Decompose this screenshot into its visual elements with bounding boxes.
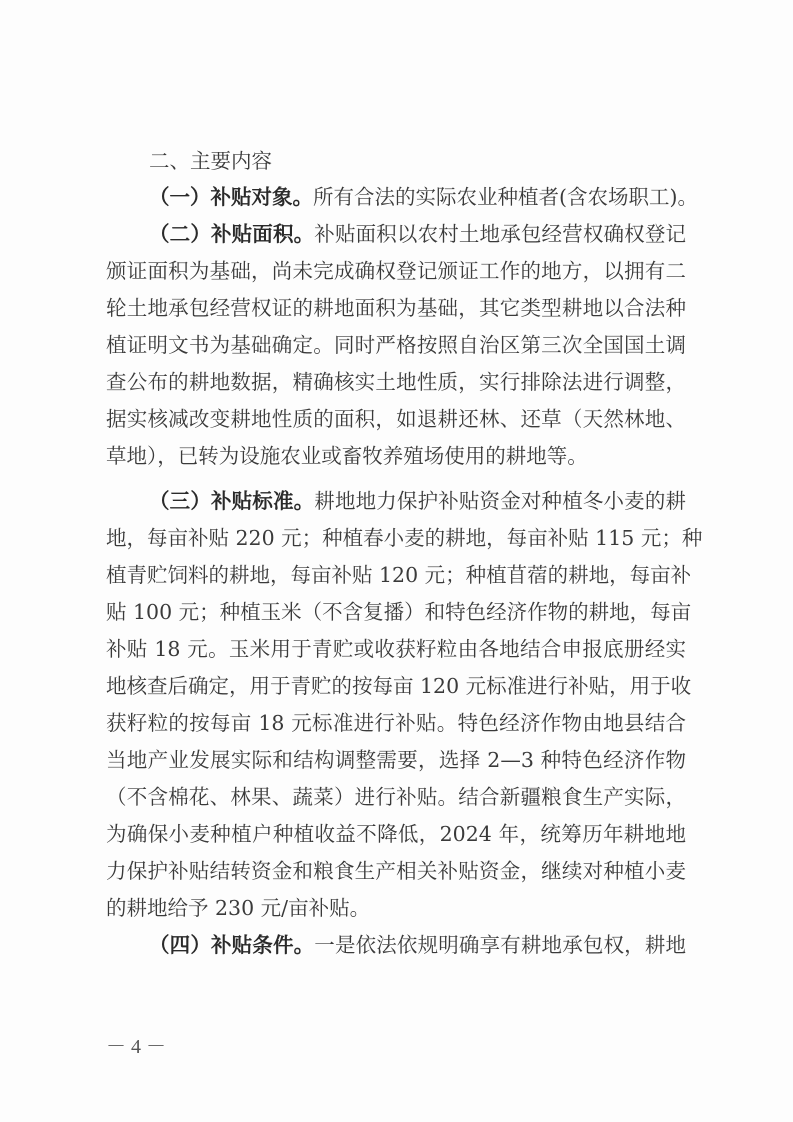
paragraph-3-line-7: 获籽粒的按每亩 18 元标准进行补贴。特色经济作物由地县结合 xyxy=(106,710,686,736)
page-number: － 4 － xyxy=(106,1030,166,1059)
paragraph-3-line-12: 的耕地给予 230 元/亩补贴。 xyxy=(106,895,686,921)
paragraph-1-text: 所有合法的实际农业种植者(含农场职工)。 xyxy=(313,185,698,209)
paragraph-4-line-1: （四）补贴条件。一是依法依规明确享有耕地承包权，耕地 xyxy=(149,932,686,958)
paragraph-3-line-10: 为确保小麦种植户种植收益不降低，2024 年，统筹历年耕地地 xyxy=(106,821,686,847)
section-heading: 二、主要内容 xyxy=(149,148,272,174)
paragraph-2-line-6: 据实核减改变耕地性质的面积，如退耕还林、还草（天然林地、 xyxy=(106,406,686,432)
paragraph-3-line-6: 地核查后确定，用于青贮的按每亩 120 元标准进行补贴，用于收 xyxy=(106,673,686,699)
paragraph-3-line-3: 植青贮饲料的耕地，每亩补贴 120 元；种植苜蓿的耕地，每亩补 xyxy=(106,562,686,588)
paragraph-3-line-4: 贴 100 元；种植玉米（不含复播）和特色经济作物的耕地，每亩 xyxy=(106,599,686,625)
paragraph-3-line-11: 力保护补贴结转资金和粮食生产相关补贴资金，继续对种植小麦 xyxy=(106,858,686,884)
paragraph-2-line-2: 颁证面积为基础，尚未完成确权登记颁证工作的地方，以拥有二 xyxy=(106,258,686,284)
paragraph-2-line-7: 草地），已转为设施农业或畜牧养殖场使用的耕地等。 xyxy=(106,443,686,469)
paragraph-3-label: （三）补贴标准。 xyxy=(149,489,314,513)
paragraph-3-line-2: 地，每亩补贴 220 元；种植春小麦的耕地，每亩补贴 115 元；种 xyxy=(106,525,686,551)
paragraph-3-line-9: （不含棉花、林果、蔬菜）进行补贴。结合新疆粮食生产实际， xyxy=(106,784,686,810)
paragraph-2-line-4: 植证明文书为基础确定。同时严格按照自治区第三次全国国土调 xyxy=(106,332,686,358)
paragraph-2-label: （二）补贴面积。 xyxy=(149,222,314,246)
paragraph-2-line-5: 查公布的耕地数据，精确核实土地性质，实行排除法进行调整， xyxy=(106,369,686,395)
paragraph-3-line-5: 补贴 18 元。玉米用于青贮或收获籽粒由各地结合申报底册经实 xyxy=(106,636,686,662)
paragraph-4-label: （四）补贴条件。 xyxy=(149,933,314,957)
paragraph-2-line-3: 轮土地承包经营权证的耕地面积为基础，其它类型耕地以合法种 xyxy=(106,295,686,321)
paragraph-3-line-8: 当地产业发展实际和结构调整需要，选择 2—3 种特色经济作物 xyxy=(106,747,686,773)
paragraph-2-line-1: （二）补贴面积。补贴面积以农村土地承包经营权确权登记 xyxy=(149,221,686,247)
paragraph-1-line-1: （一）补贴对象。所有合法的实际农业种植者(含农场职工)。 xyxy=(149,184,686,210)
paragraph-1-label: （一）补贴对象。 xyxy=(149,185,313,209)
paragraph-3-line-1: （三）补贴标准。耕地地力保护补贴资金对种植冬小麦的耕 xyxy=(149,488,686,514)
document-page: 二、主要内容 （一）补贴对象。所有合法的实际农业种植者(含农场职工)。 （二）补… xyxy=(0,0,793,1122)
